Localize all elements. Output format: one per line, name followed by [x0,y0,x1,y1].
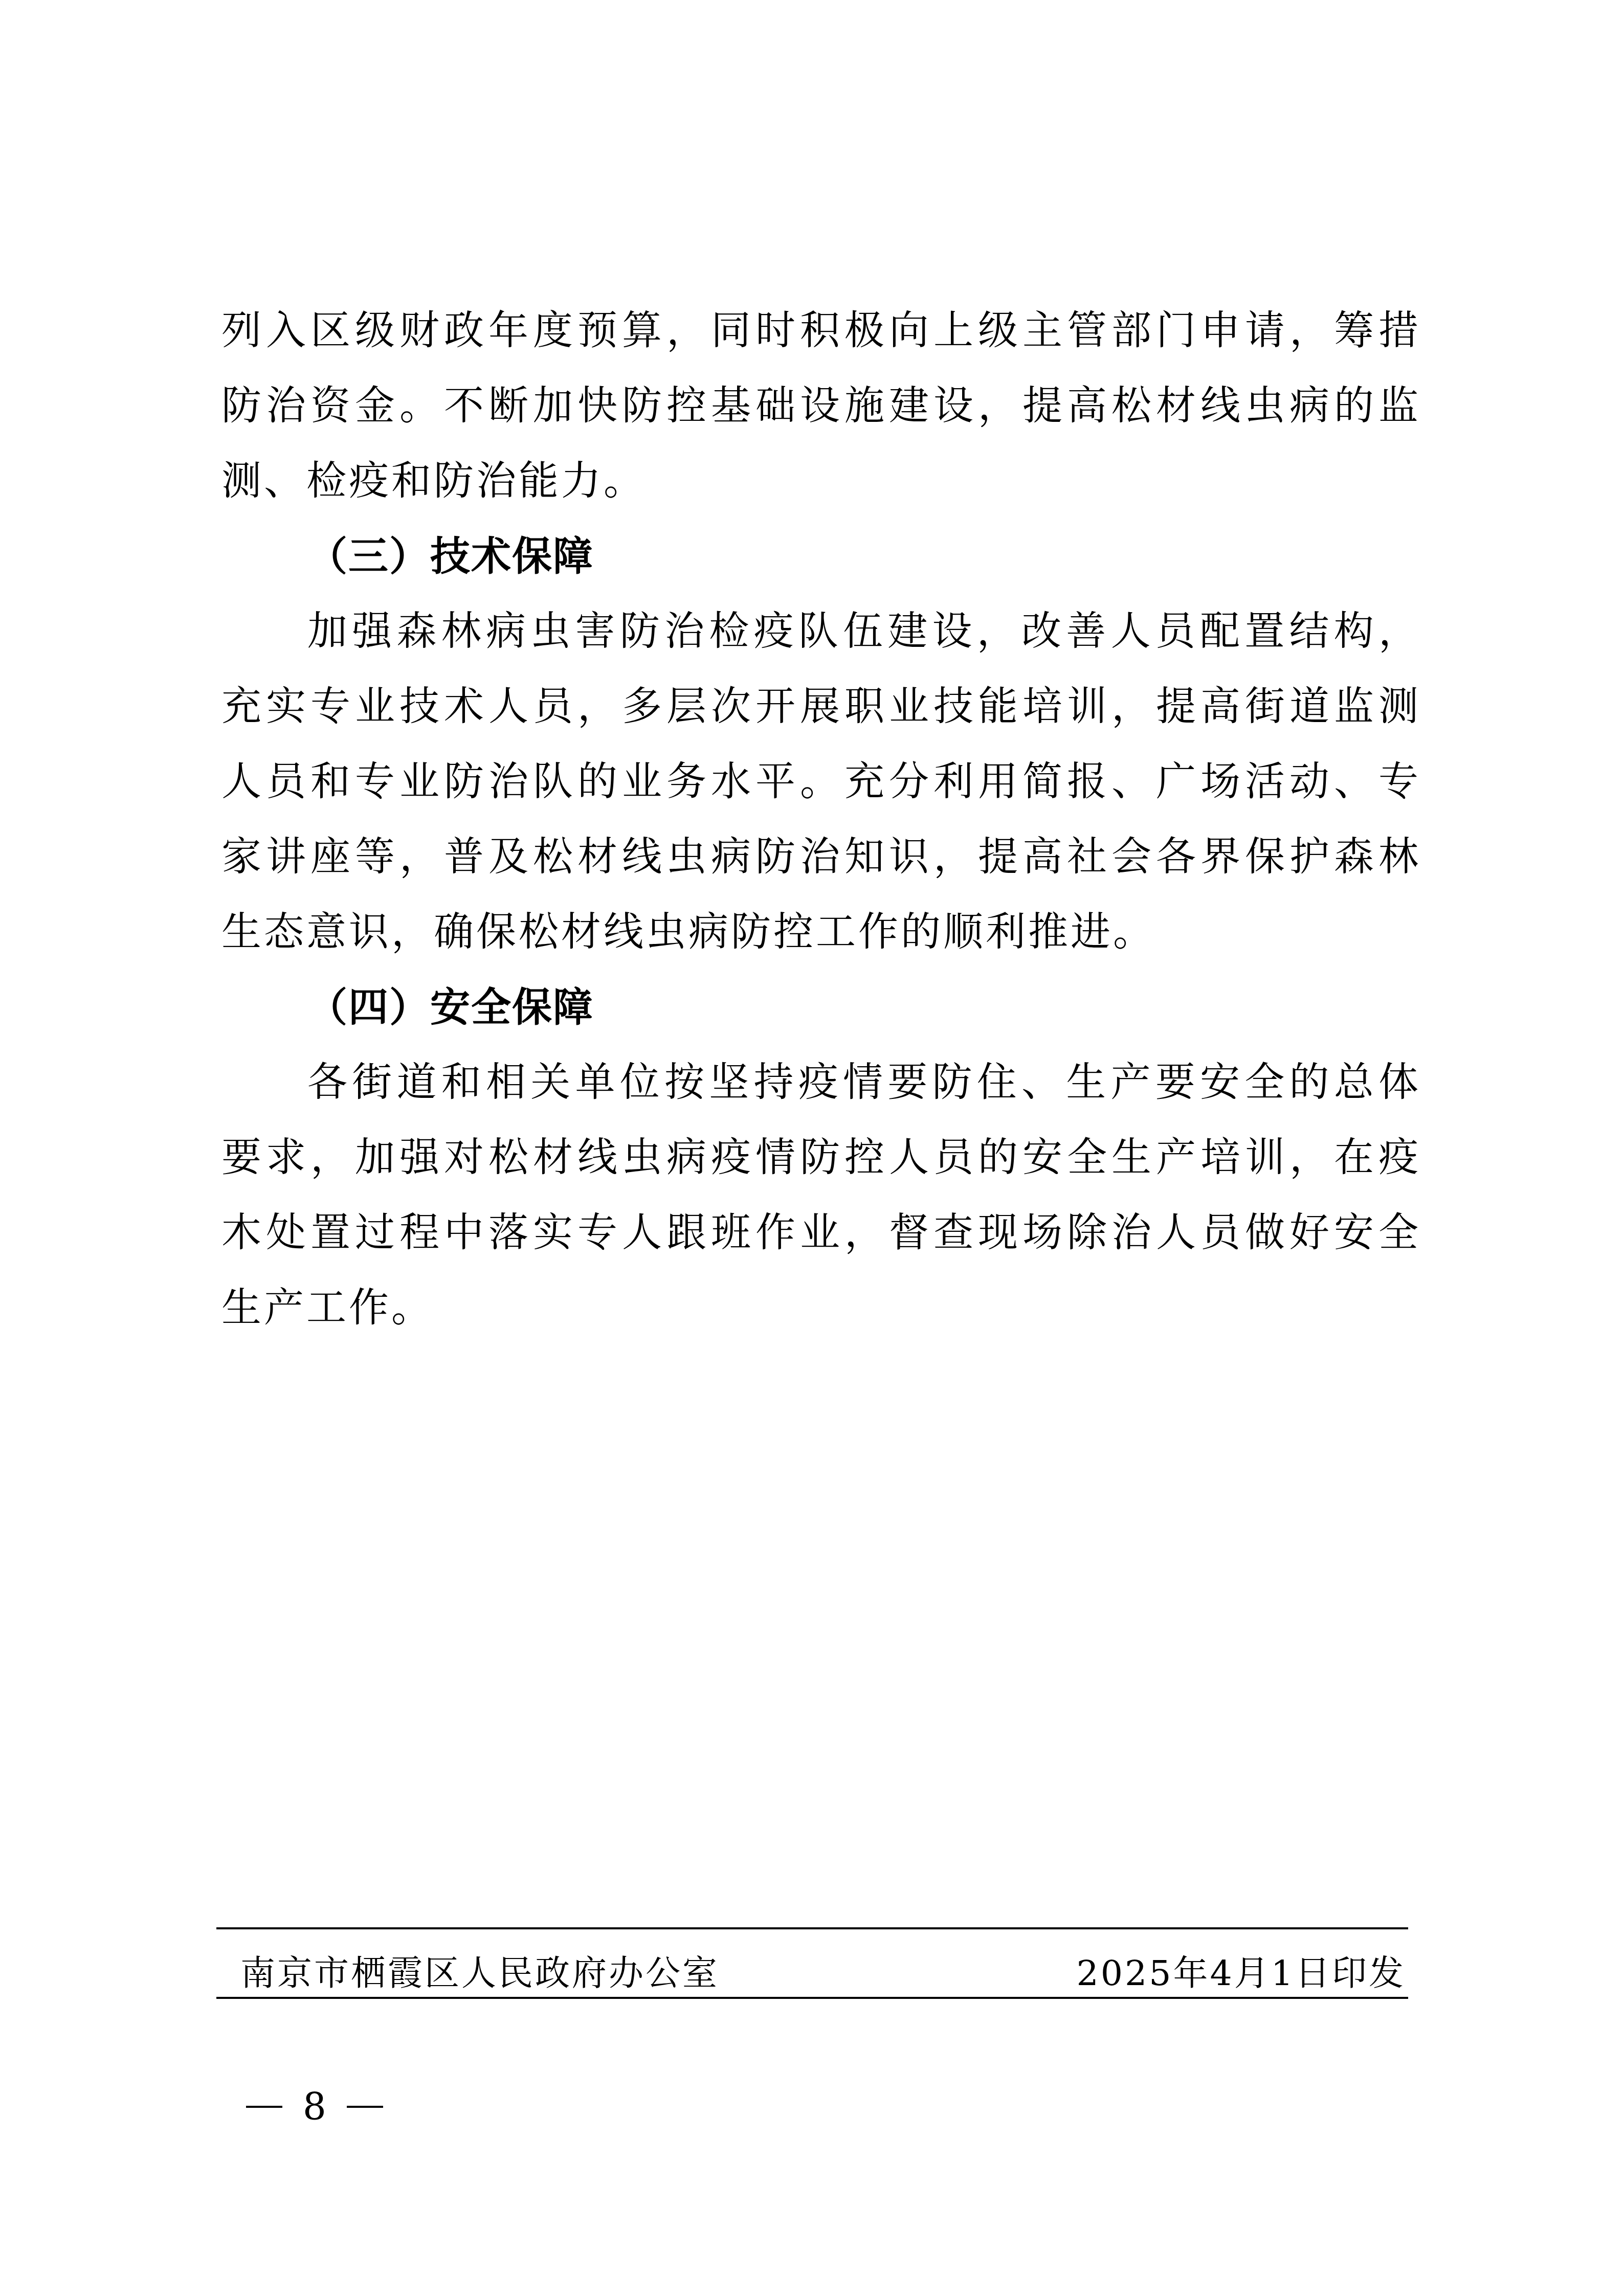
paragraph-line: 列入区级财政年度预算，同时积极向上级主管部门申请，筹措 [221,294,1421,369]
paragraph-line: 生态意识，确保松材线虫病防控工作的顺利推进。 [221,895,1421,970]
footer-issuer: 南京市栖霞区人民政府办公室 [240,1946,719,1995]
page-number: 8 [246,2086,383,2127]
dash-icon [246,2106,282,2108]
paragraph-line: 木处置过程中落实专人跟班作业，督查现场除治人员做好安全 [221,1196,1421,1271]
paragraph-line: 充实专业技术人员，多层次开展职业技能培训，提高街道监测 [221,669,1421,745]
paragraph-line: 生产工作。 [221,1271,1421,1346]
paragraph-line: 要求，加强对松材线虫病疫情防控人员的安全生产培训，在疫 [221,1120,1421,1196]
footer-date: 2025年4月1日印发 [1076,1946,1406,1995]
section-heading-technical: （三）技术保障 [221,519,1421,594]
paragraph-line: 防治资金。不断加快防控基础设施建设，提高松材线虫病的监 [221,369,1421,444]
paragraph-line: 测、检疫和防治能力。 [221,444,1421,519]
document-body: 列入区级财政年度预算，同时积极向上级主管部门申请，筹措 防治资金。不断加快防控基… [221,294,1421,1346]
paragraph-line: 家讲座等，普及松材线虫病防治知识，提高社会各界保护森林 [221,820,1421,895]
footer-imprint: 南京市栖霞区人民政府办公室 2025年4月1日印发 [240,1943,1406,1997]
paragraph-line: 各街道和相关单位按坚持疫情要防住、生产要安全的总体 [221,1045,1421,1120]
dash-icon [347,2106,383,2108]
paragraph-line: 人员和专业防治队的业务水平。充分利用简报、广场活动、专 [221,745,1421,820]
paragraph-line: 加强森林病虫害防治检疫队伍建设，改善人员配置结构， [221,594,1421,669]
section-heading-safety: （四）安全保障 [221,970,1421,1045]
footer-top-rule [216,1927,1408,1929]
footer-bottom-rule [216,1997,1408,1999]
page-number-value: 8 [303,2086,326,2127]
